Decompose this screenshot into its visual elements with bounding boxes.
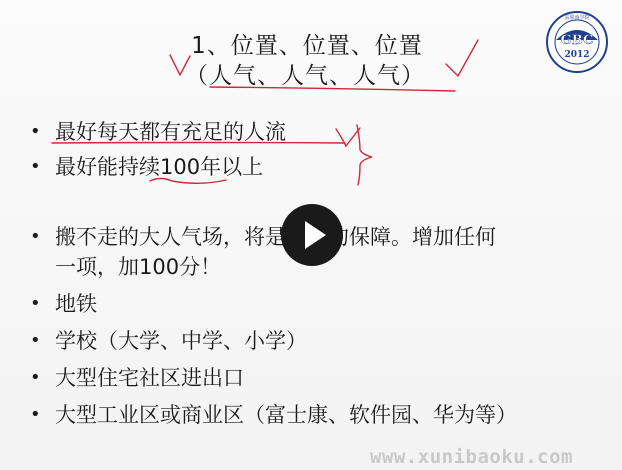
bullet-item: • 大型工业区或商业区（富士康、软件园、华为等）	[28, 400, 517, 430]
play-icon	[281, 204, 343, 266]
bullet-item: • 大型住宅社区进出口	[28, 363, 517, 393]
watermark: www.xunibaoku.com	[370, 446, 573, 468]
bullet-dot: •	[30, 222, 41, 252]
bullet-dot: •	[30, 400, 41, 430]
college-logo: GBC 2012 高职商学院	[545, 10, 609, 74]
slide-title-line1: 1、位置、位置、位置	[0, 27, 618, 60]
bullet-group-1: • 最好每天都有充足的人流 • 最好能持续100年以上	[28, 117, 286, 182]
play-button[interactable]	[281, 204, 343, 266]
bullet-text: 学校（大学、中学、小学）	[55, 329, 307, 353]
bullet-item: • 地铁	[28, 289, 517, 319]
bullet-item: • 最好每天都有充足的人流	[28, 117, 286, 152]
bullet-dot: •	[30, 326, 41, 356]
bullet-item: • 搬不走的大人气场，将是最好的保障。增加任何 一项，加100分！	[28, 222, 517, 282]
svg-text:高职商学院: 高职商学院	[564, 14, 589, 21]
bullet-dot: •	[30, 152, 41, 182]
svg-text:GBC: GBC	[561, 33, 594, 48]
bullet-text: 最好每天都有充足的人流	[55, 120, 286, 144]
bullet-text: 搬不走的大人气场，将是最好的保障。增加任何	[55, 225, 496, 249]
bullet-dot: •	[30, 363, 41, 393]
svg-text:2012: 2012	[564, 50, 589, 60]
bullet-text-cont: 一项，加100分！	[55, 255, 221, 279]
slide: 1、位置、位置、位置 （人气、人气、人气） GBC 2012 高职商学院 • 最…	[0, 0, 622, 470]
bullet-text: 地铁	[55, 292, 97, 316]
bullet-item: • 最好能持续100年以上	[28, 152, 286, 182]
bullet-group-2: • 搬不走的大人气场，将是最好的保障。增加任何 一项，加100分！ • 地铁 •…	[28, 222, 517, 430]
bullet-item: • 学校（大学、中学、小学）	[28, 326, 517, 356]
bullet-text: 最好能持续100年以上	[55, 155, 263, 179]
bullet-dot: •	[30, 117, 41, 147]
bullet-dot: •	[30, 289, 41, 319]
bullet-text: 大型住宅社区进出口	[55, 366, 244, 390]
slide-title-line2: （人气、人气、人气）	[0, 57, 616, 90]
bullet-text: 大型工业区或商业区（富士康、软件园、华为等）	[55, 403, 517, 427]
